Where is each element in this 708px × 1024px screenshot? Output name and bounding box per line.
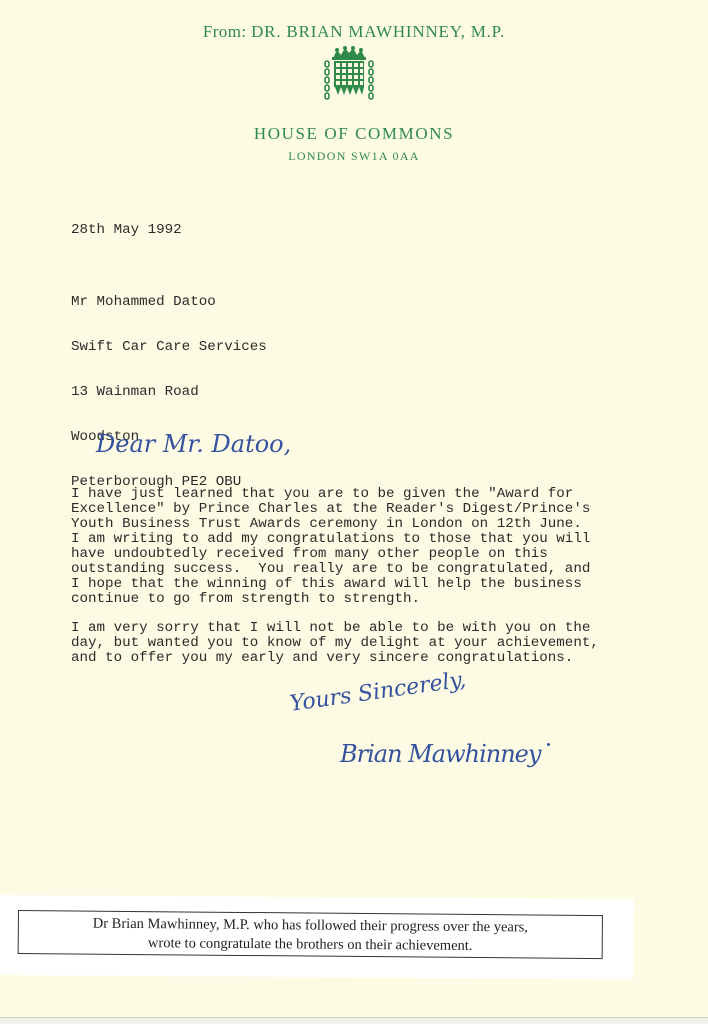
recipient-line: Mr Mohammed Datoo bbox=[71, 295, 267, 310]
handwritten-salutation: Dear Mr. Datoo, bbox=[96, 430, 291, 458]
body-paragraph: I am very sorry that I will not be able … bbox=[71, 621, 599, 666]
portcullis-icon bbox=[321, 46, 377, 102]
recipient-line: 13 Wainman Road bbox=[71, 385, 267, 400]
recipient-line: Swift Car Care Services bbox=[71, 340, 267, 355]
signature-dot bbox=[547, 743, 550, 746]
signature: Brian Mawhinney bbox=[340, 740, 540, 768]
institution-address: LONDON SW1A 0AA bbox=[0, 149, 708, 164]
handwritten-closing: Yours Sincerely, bbox=[288, 667, 467, 716]
letter-date: 28th May 1992 bbox=[71, 223, 182, 238]
from-prefix: From: bbox=[203, 22, 247, 41]
institution-name: HOUSE OF COMMONS bbox=[0, 124, 708, 144]
body-paragraph: I have just learned that you are to be g… bbox=[71, 487, 590, 607]
letterhead-from-line: From: DR. BRIAN MAWHINNEY, M.P. bbox=[0, 22, 708, 42]
from-name: DR. BRIAN MAWHINNEY, M.P. bbox=[251, 22, 505, 41]
page-bottom-edge bbox=[0, 1017, 708, 1024]
caption-box: Dr Brian Mawhinney, M.P. who has followe… bbox=[18, 910, 603, 959]
recipient-address: Mr Mohammed Datoo Swift Car Care Service… bbox=[71, 265, 267, 505]
